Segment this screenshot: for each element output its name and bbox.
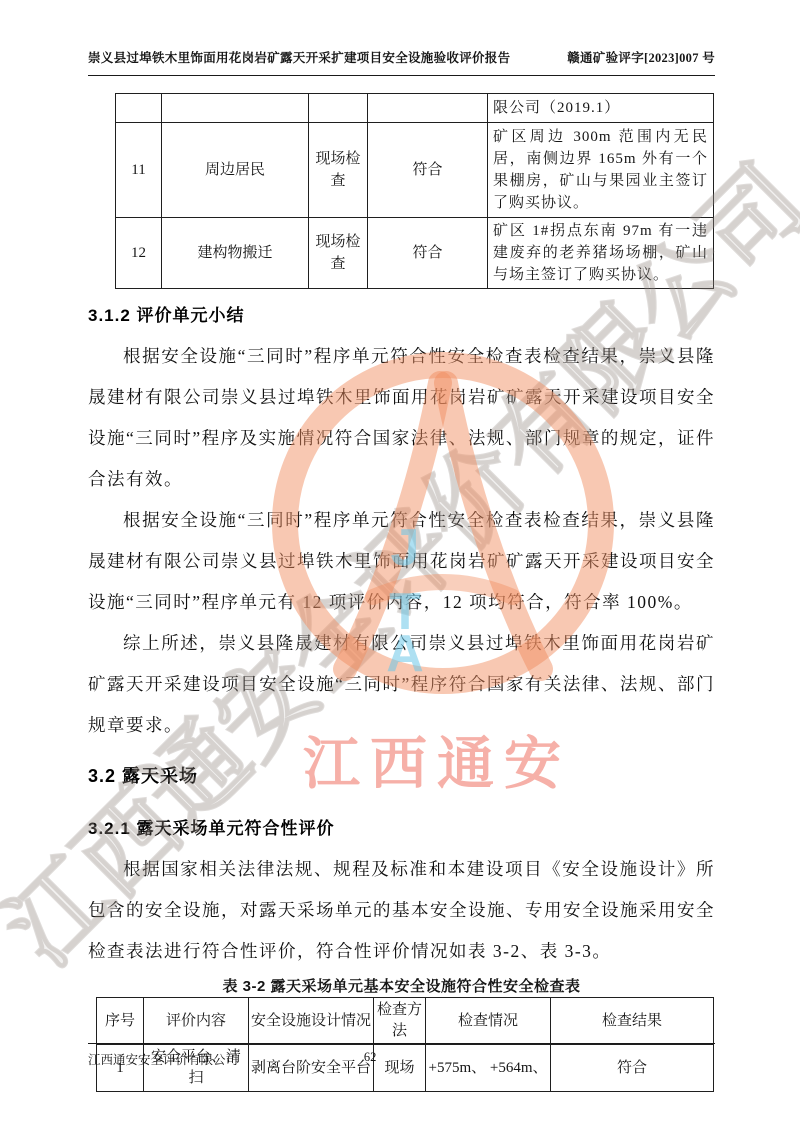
- table-cell-detail: 矿区周边 300m 范围内无民居，南侧边界 165m 外有一个果棚房，矿山与果园…: [488, 123, 714, 218]
- section-heading-3-1-2: 3.1.2 评价单元小结: [88, 301, 715, 326]
- document-page: 崇义县过埠铁木里饰面用花岗岩矿露天开采扩建项目安全设施验收评价报告 赣通矿验评字…: [0, 0, 800, 1131]
- table-cell-result: 符合: [368, 218, 488, 289]
- table-cell-detail: 矿区 1#拐点东南 97m 有一违建废弃的老养猪场场棚，矿山与场主签订了购买协议…: [488, 218, 714, 289]
- column-header: 评价内容: [144, 998, 249, 1045]
- section-heading-3-2: 3.2 露天采场: [88, 762, 715, 788]
- table-cell-item: 周边居民: [162, 123, 309, 218]
- paragraph: 根据国家相关法律法规、规程及标准和本建设项目《安全设施设计》所包含的安全设施，对…: [88, 849, 715, 972]
- footer-company: 江西通安安全评价有限公司: [88, 1053, 238, 1067]
- column-header: 检查情况: [426, 998, 551, 1045]
- table-cell-item: 建构物搬迁: [162, 218, 309, 289]
- table-row: 12 建构物搬迁 现场检查 符合 矿区 1#拐点东南 97m 有一违建废弃的老养…: [116, 218, 714, 289]
- footer-page-number: 62: [364, 1050, 377, 1065]
- table-cell-no: 11: [116, 123, 162, 218]
- paragraph: 根据安全设施“三同时”程序单元符合性安全检查表检查结果，崇义县隆晟建材有限公司崇…: [88, 500, 715, 623]
- column-header: 安全设施设计情况: [249, 998, 374, 1045]
- header-doc-number: 赣通矿验评字[2023]007 号: [567, 48, 715, 66]
- table-cell-result: 符合: [368, 123, 488, 218]
- column-header: 序号: [97, 998, 144, 1045]
- table-3-2-caption: 表 3-2 露天采场单元基本安全设施符合性安全检查表: [88, 975, 715, 996]
- paragraph: 综上所述，崇义县隆晟建材有限公司崇义县过埠铁木里饰面用花岗岩矿矿露天开采建设项目…: [88, 623, 715, 746]
- table-cell-detail: 限公司（2019.1）: [488, 94, 714, 123]
- column-header: 检查方法: [374, 998, 426, 1045]
- table-cell-method: 现场检查: [309, 123, 368, 218]
- table-cell-empty: [309, 94, 368, 123]
- table-cell-empty: [368, 94, 488, 123]
- table-cell-empty: [116, 94, 162, 123]
- page-header: 崇义县过埠铁木里饰面用花岗岩矿露天开采扩建项目安全设施验收评价报告 赣通矿验评字…: [88, 48, 715, 76]
- table-row-partial: 限公司（2019.1）: [116, 94, 714, 123]
- header-title: 崇义县过埠铁木里饰面用花岗岩矿露天开采扩建项目安全设施验收评价报告: [88, 48, 510, 66]
- table-cell-empty: [162, 94, 309, 123]
- section-heading-3-2-1: 3.2.1 露天采场单元符合性评价: [88, 814, 715, 839]
- table-row: 11 周边居民 现场检查 符合 矿区周边 300m 范围内无民居，南侧边界 16…: [116, 123, 714, 218]
- table-cell-no: 12: [116, 218, 162, 289]
- page-footer: 江西通安安全评价有限公司 62: [88, 1043, 715, 1068]
- table-cell-method: 现场检查: [309, 218, 368, 289]
- page-content: 崇义县过埠铁木里饰面用花岗岩矿露天开采扩建项目安全设施验收评价报告 赣通矿验评字…: [88, 48, 715, 1092]
- paragraph: 根据安全设施“三同时”程序单元符合性安全检查表检查结果，崇义县隆晟建材有限公司崇…: [88, 336, 715, 500]
- continuation-checklist-table: 限公司（2019.1） 11 周边居民 现场检查 符合 矿区周边 300m 范围…: [115, 93, 714, 289]
- table-header-row: 序号 评价内容 安全设施设计情况 检查方法 检查情况 检查结果: [97, 998, 714, 1045]
- column-header: 检查结果: [551, 998, 714, 1045]
